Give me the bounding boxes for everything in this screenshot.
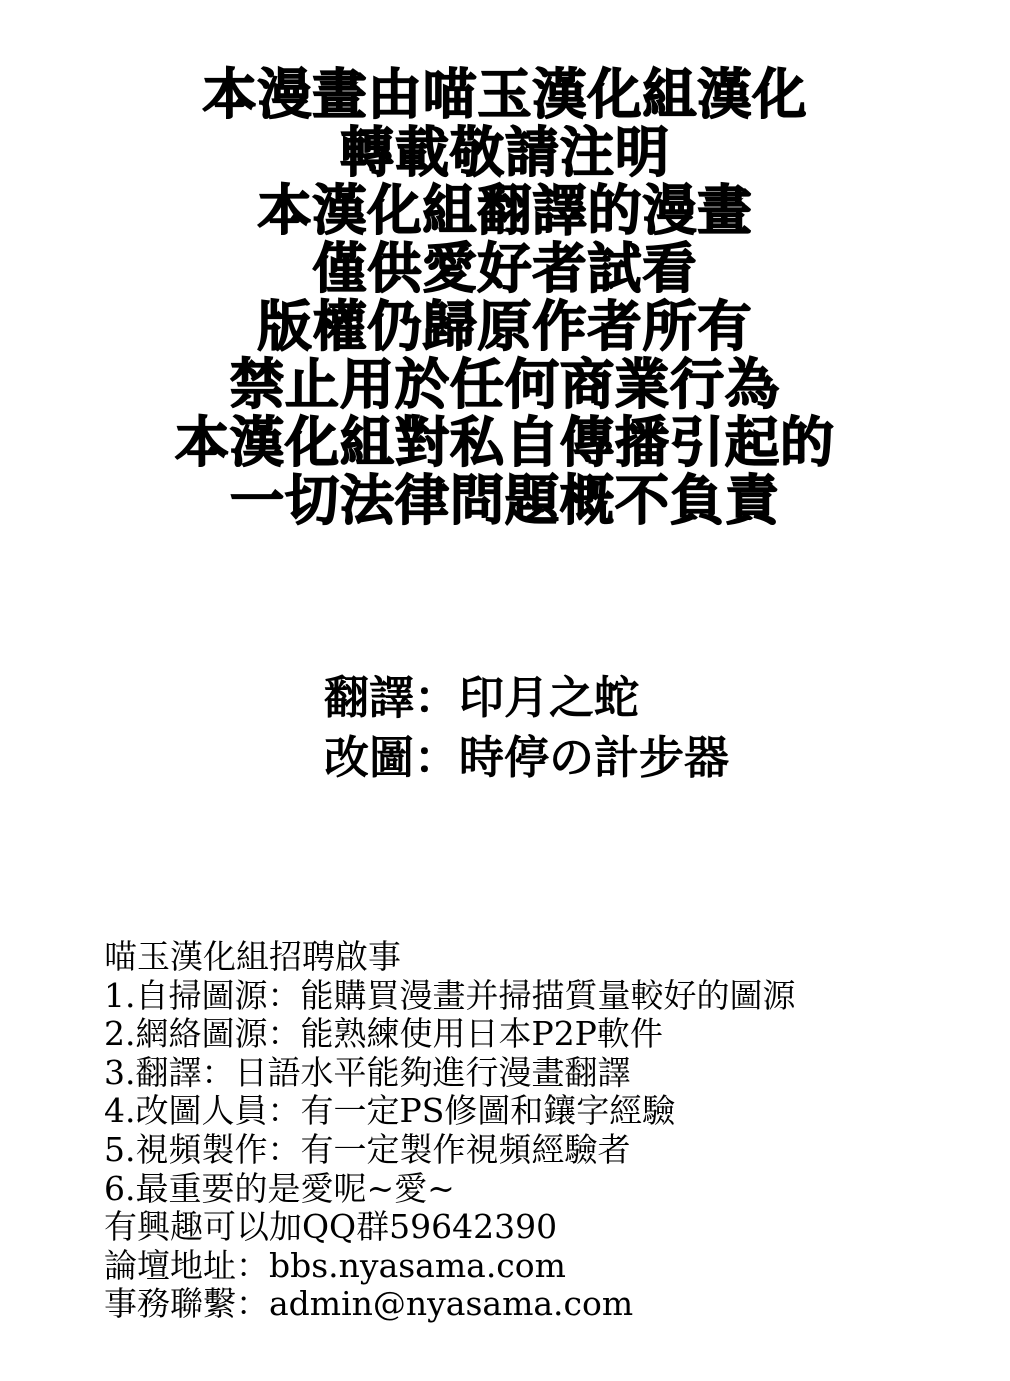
recruitment-item-6: 6.最重要的是愛呢~愛~ [104, 1170, 796, 1209]
disclaimer-line-5: 版權仍歸原作者所有 [0, 298, 1010, 356]
recruitment-block: 喵玉漢化組招聘啟事 1.自掃圖源：能購買漫畫并掃描質量較好的圖源 2.網絡圖源：… [104, 938, 796, 1324]
disclaimer-line-8: 一切法律問題概不負責 [0, 472, 1010, 530]
recruitment-item-1: 1.自掃圖源：能購買漫畫并掃描質量較好的圖源 [104, 977, 796, 1016]
disclaimer-line-4: 僅供愛好者試看 [0, 240, 1010, 298]
disclaimer-block: 本漫畫由喵玉漢化組漢化 轉載敬請注明 本漢化組翻譯的漫畫 僅供愛好者試看 版權仍… [0, 66, 1010, 530]
translator-credit: 翻譯：印月之蛇 [324, 668, 729, 728]
recruitment-item-5: 5.視頻製作：有一定製作視頻經驗者 [104, 1131, 796, 1170]
recruitment-item-3: 3.翻譯：日語水平能夠進行漫畫翻譯 [104, 1054, 796, 1093]
qq-group-line: 有興趣可以加QQ群59642390 [104, 1208, 796, 1247]
disclaimer-line-6: 禁止用於任何商業行為 [0, 356, 1010, 414]
contact-email-line: 事務聯繫：admin@nyasama.com [104, 1285, 796, 1324]
editor-credit: 改圖：時停の計步器 [324, 728, 729, 788]
disclaimer-line-2: 轉載敬請注明 [0, 124, 1010, 182]
forum-address-line: 論壇地址：bbs.nyasama.com [104, 1247, 796, 1286]
scanlation-credits-page: 本漫畫由喵玉漢化組漢化 轉載敬請注明 本漢化組翻譯的漫畫 僅供愛好者試看 版權仍… [0, 0, 1010, 1381]
staff-credits-block: 翻譯：印月之蛇 改圖：時停の計步器 [324, 668, 729, 788]
disclaimer-line-1: 本漫畫由喵玉漢化組漢化 [0, 66, 1010, 124]
disclaimer-line-7: 本漢化組對私自傳播引起的 [0, 414, 1010, 472]
recruitment-item-2: 2.網絡圖源：能熟練使用日本P2P軟件 [104, 1015, 796, 1054]
recruitment-title: 喵玉漢化組招聘啟事 [104, 938, 796, 977]
recruitment-item-4: 4.改圖人員：有一定PS修圖和鑲字經驗 [104, 1092, 796, 1131]
disclaimer-line-3: 本漢化組翻譯的漫畫 [0, 182, 1010, 240]
